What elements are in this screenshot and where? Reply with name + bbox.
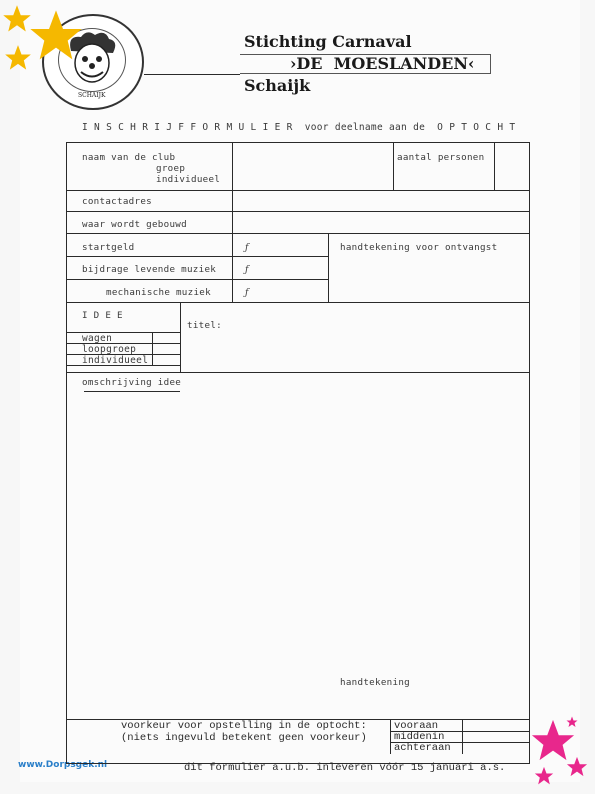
individual-label: individueel [156, 174, 220, 185]
pink-star-icon [534, 766, 554, 786]
idee-checkbox-individueel[interactable] [154, 355, 179, 364]
org-name-line3: Schaijk [244, 76, 310, 95]
currency-symbol: ƒ [245, 242, 249, 253]
currency-symbol: ƒ [245, 264, 249, 275]
aantal-personen-field[interactable] [496, 143, 529, 189]
titel-label: titel: [187, 320, 222, 331]
levende-muziek-field[interactable] [254, 257, 326, 278]
yellow-star-icon [4, 44, 32, 72]
voorkeur-checkbox-middenin[interactable] [464, 732, 528, 741]
idee-checkbox-wagen[interactable] [154, 333, 179, 342]
currency-symbol: ƒ [245, 287, 249, 298]
aantal-personen-label: aantal personen [397, 152, 484, 163]
club-name-field[interactable] [234, 143, 392, 189]
pink-star-icon [566, 756, 588, 778]
handtekening-ontvangst-label: handtekening voor ontvangst [340, 242, 497, 253]
org-name-line2: ›DE MOESLANDEN‹ [290, 54, 474, 73]
voorkeur-checkbox-achteraan[interactable] [464, 743, 528, 752]
bijdrage-levende-muziek-label: bijdrage levende muziek [82, 264, 216, 275]
contactadres-field[interactable] [234, 191, 529, 210]
mechanische-muziek-field[interactable] [254, 280, 326, 301]
idee-option-loopgroep: loopgroep [82, 344, 136, 355]
mechanische-muziek-label: mechanische muziek [106, 287, 211, 298]
footer-note: dit formulier a.u.b. inleveren vóór 15 j… [184, 762, 505, 774]
voorkeur-line2: (niets ingevuld betekent geen voorkeur) [121, 732, 367, 744]
yellow-star-icon [28, 8, 84, 64]
group-label: groep [156, 163, 185, 174]
waar-wordt-gebouwd-label: waar wordt gebouwd [82, 219, 187, 230]
idee-option-individueel: individueel [82, 355, 148, 366]
idee-heading: I D E E [82, 310, 123, 321]
omschrijving-idee-label: omschrijving idee [82, 377, 181, 388]
titel-field[interactable] [220, 310, 528, 370]
header-rule [144, 74, 240, 75]
club-name-label: naam van de club [82, 152, 175, 163]
form-title: I N S C H R I J F F O R M U L I E R voor… [82, 122, 515, 133]
handtekening-ontvangst-field[interactable] [330, 256, 528, 301]
pink-star-icon [566, 716, 578, 728]
omschrijving-idee-field[interactable] [70, 395, 526, 675]
idee-option-wagen: wagen [82, 333, 112, 344]
startgeld-field[interactable] [254, 234, 326, 255]
contactadres-label: contactadres [82, 196, 152, 207]
idee-checkbox-loopgroep[interactable] [154, 344, 179, 353]
voorkeur-option-achteraan: achteraan [394, 742, 451, 754]
voorkeur-line1: voorkeur voor opstelling in de optocht: [121, 720, 367, 732]
voorkeur-checkbox-vooraan[interactable] [464, 721, 528, 730]
handtekening-label: handtekening [340, 677, 410, 688]
seal-bottom-text: SCHAIJK [78, 92, 106, 99]
waar-wordt-gebouwd-field[interactable] [234, 212, 529, 232]
startgeld-label: startgeld [82, 242, 134, 253]
org-name-line1: Stichting Carnaval [244, 32, 412, 51]
